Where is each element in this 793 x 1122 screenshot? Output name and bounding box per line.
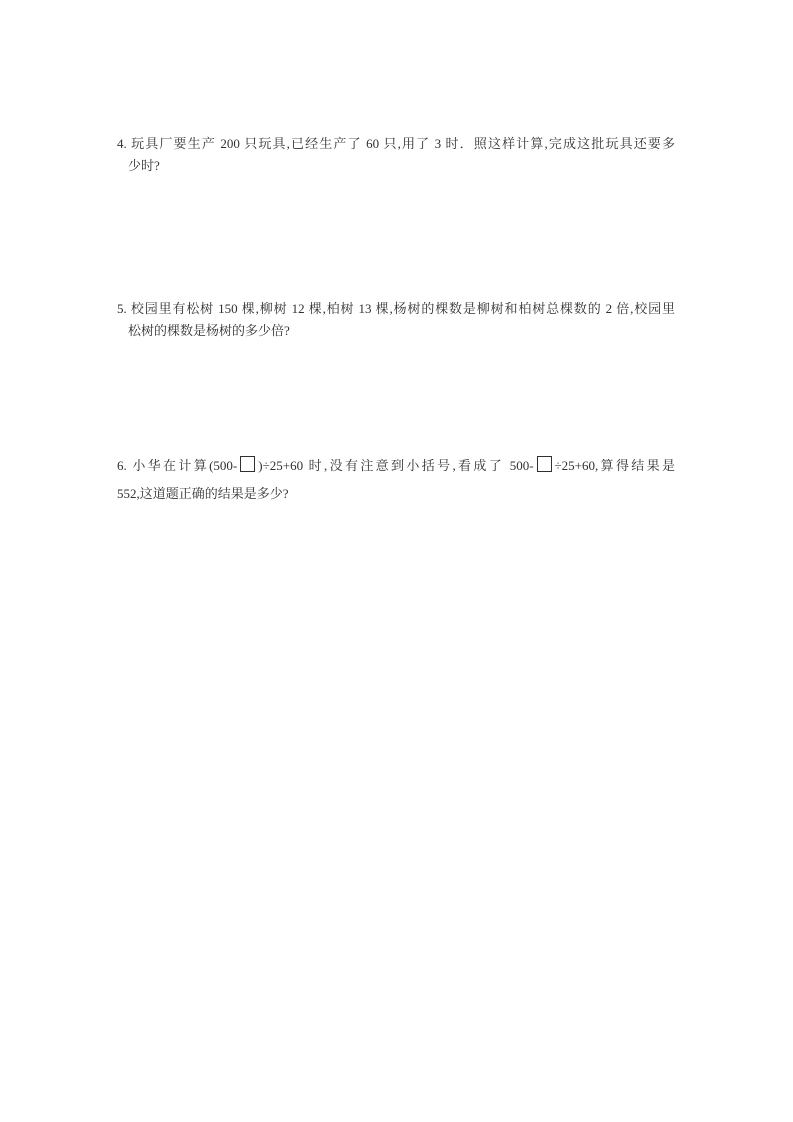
problem-6-line-2: 552,这道题正确的结果是多少? bbox=[117, 480, 675, 508]
problem-5-line-1: 5. 校园里有松树 150 棵,柳树 12 棵,柏树 13 棵,杨树的棵数是柳树… bbox=[117, 298, 675, 320]
problem-4: 4. 玩具厂要生产 200 只玩具,已经生产了 60 只,用了 3 时．照这样计… bbox=[117, 133, 675, 177]
problem-5: 5. 校园里有松树 150 棵,柳树 12 棵,柏树 13 棵,杨树的棵数是柳树… bbox=[117, 298, 675, 342]
problem-6-text-segment-3: ÷25+60,算得结果是 bbox=[555, 458, 675, 473]
blank-box-placeholder bbox=[537, 456, 552, 472]
problem-6: 6. 小华在计算(500-)÷25+60 时,没有注意到小括号,看成了 500-… bbox=[117, 452, 675, 508]
problem-6-line-1: 6. 小华在计算(500-)÷25+60 时,没有注意到小括号,看成了 500-… bbox=[117, 452, 675, 480]
problem-6-text-segment-1: 6. 小华在计算(500- bbox=[117, 458, 237, 473]
worksheet-page: 4. 玩具厂要生产 200 只玩具,已经生产了 60 只,用了 3 时．照这样计… bbox=[0, 0, 793, 1122]
problem-4-line-1: 4. 玩具厂要生产 200 只玩具,已经生产了 60 只,用了 3 时．照这样计… bbox=[117, 133, 675, 155]
problem-6-text-segment-2: )÷25+60 时,没有注意到小括号,看成了 500- bbox=[258, 458, 533, 473]
problem-5-line-2: 松树的棵数是杨树的多少倍? bbox=[117, 320, 675, 342]
blank-box-placeholder bbox=[240, 456, 255, 472]
problem-4-line-2: 少时? bbox=[117, 155, 675, 177]
